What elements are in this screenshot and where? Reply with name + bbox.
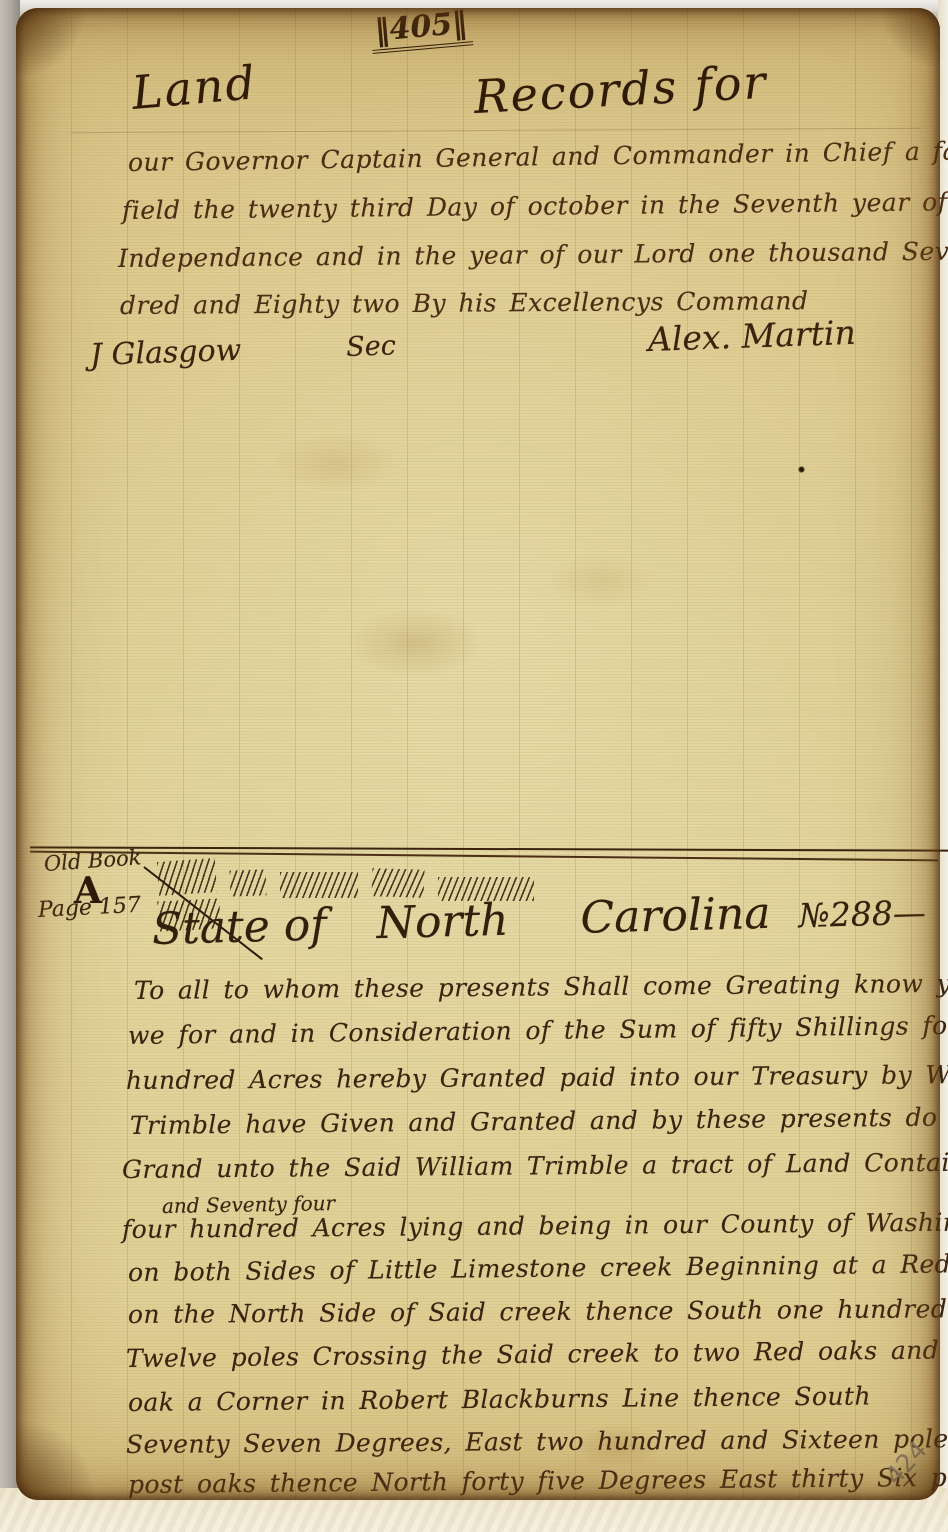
grant-line: on both Sides of Little Limestone creek …: [128, 1249, 948, 1287]
closing-line: our Governor Captain General and Command…: [128, 136, 948, 177]
secretary-signature: J GlasgowSec: [89, 327, 396, 373]
grant-line: Twelve poles Crossing the Said creek to …: [126, 1334, 948, 1373]
grant-line: hundred Acres hereby Granted paid into o…: [126, 1060, 948, 1095]
closing-line: Independance and in the year of our Lord…: [118, 236, 948, 273]
margin-note-page: Page 157: [37, 893, 141, 923]
grant-line: Grand unto the Said William Trimble a tr…: [122, 1147, 948, 1184]
secretary-title: Sec: [346, 330, 397, 363]
folio-number: ‖405‖: [369, 5, 473, 54]
grant-heading-state-of: State of: [151, 899, 327, 955]
grant-line: oak a Corner in Robert Blackburns Line t…: [128, 1382, 871, 1417]
grant-heading-carolina: Carolina: [580, 888, 771, 944]
header-rule: [71, 128, 921, 133]
grant-line: To all to whom these presents Shall come…: [134, 968, 948, 1005]
grant-line: Seventy Seven Degrees, East two hundred …: [126, 1423, 948, 1459]
paper-stain: [546, 553, 656, 608]
grant-line: post oaks thence North forty five Degree…: [128, 1462, 948, 1499]
closing-line: field the twenty third Day of october in…: [122, 187, 948, 225]
header-land: Land: [130, 55, 259, 120]
paper-stain: [346, 608, 486, 678]
grant-line: Trimble have Given and Granted and by th…: [130, 1101, 948, 1140]
section-divider-line: [30, 846, 948, 851]
grant-heading-north: North: [376, 895, 509, 949]
ledger-page: ‖405‖ Land Records for our Governor Capt…: [16, 8, 940, 1500]
ink-spot: [798, 466, 805, 473]
grant-number: №288—: [798, 893, 926, 935]
governor-signature: Alex. Martin: [647, 313, 856, 359]
grant-line: on the North Side of Said creek thence S…: [128, 1294, 948, 1329]
closing-line: dred and Eighty two By his Excellencys C…: [120, 286, 809, 320]
grant-line: we for and in Consideration of the Sum o…: [128, 1010, 948, 1050]
paper-stain: [271, 433, 401, 493]
header-records-for: Records for: [473, 55, 769, 124]
secretary-name: J Glasgow: [89, 333, 241, 373]
